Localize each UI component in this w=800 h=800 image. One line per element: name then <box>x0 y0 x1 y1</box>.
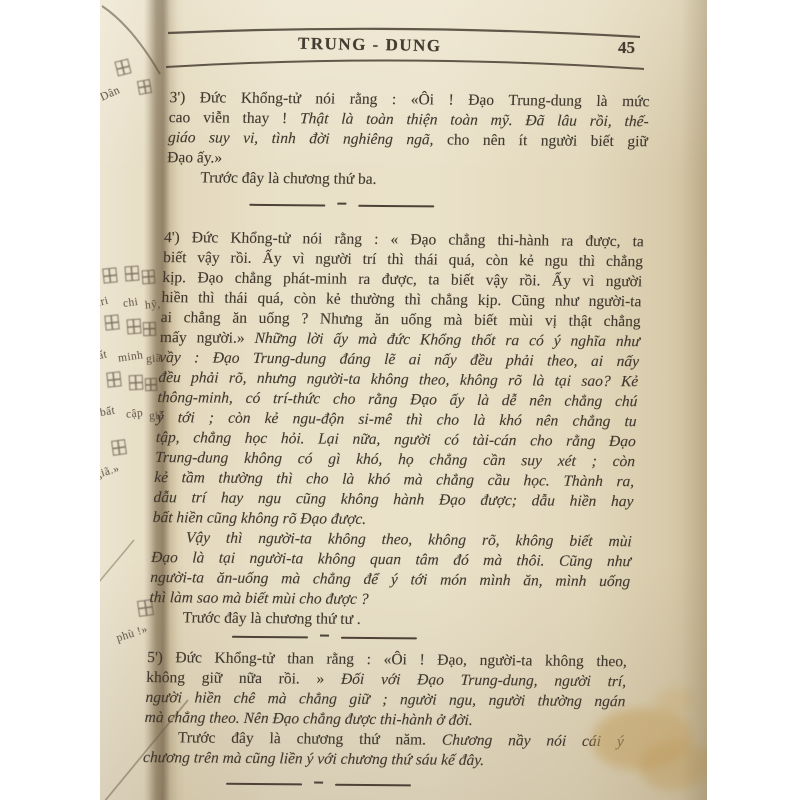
text-line: Trước đây là chương thứ ba. <box>166 168 647 192</box>
roman-text: biết vậy rồi. Ấy vì người trí thì thái q… <box>163 249 644 270</box>
section-divider <box>249 204 434 208</box>
italic-text: Đạo là tại người-ta không quan tâm đó mà… <box>151 549 632 570</box>
italic-text: Đối với Đạo Trung-dung, người trí, <box>341 671 627 690</box>
paper-stain <box>655 688 695 714</box>
italic-text: tập, chẳng học hỏi. Lại nữa, người có tà… <box>156 429 637 450</box>
roman-text: không giữ nữa rồi. » <box>146 669 341 688</box>
italic-text: mà chẳng theo. Nên Đạo chẳng được thi-hà… <box>144 709 473 729</box>
text-line: chương trên mà cũng liền ý với chương th… <box>143 748 624 772</box>
paragraph: 3') Đức Khổng-tử nói rằng : «Ôi ! Đạo Tr… <box>158 88 658 192</box>
section-divider <box>232 636 417 640</box>
cjk-character <box>129 375 144 391</box>
italic-text: kẻ tầm thường thì cho là khó mà chẳng cầ… <box>154 469 635 490</box>
roman-text: kịp. Đạo chẳng phát-minh ra được, ta biế… <box>162 269 643 290</box>
italic-text: vầy : Đạo Trung-dung đáng lẽ ai nấy đều … <box>159 349 640 370</box>
margin-label: cập <box>125 407 143 421</box>
italic-text: thông-minh, có trí-thức cho rằng Đạo ấy … <box>157 389 638 410</box>
book-photo-page: { "header": { "title": "TRUNG - DUNG", "… <box>0 0 800 800</box>
italic-text: chương trên mà cũng liền ý với chương th… <box>143 749 485 769</box>
paragraph: 5') Đức Khổng-tử than rằng : «Ôi ! Đạo, … <box>135 648 636 772</box>
roman-text: 4') Đức Khổng-tử nói rằng : « Đạo chẳng … <box>164 229 645 250</box>
divider-segment <box>335 784 411 787</box>
text-line: giáo suy vi, tình đời nghiêng ngã, cho n… <box>168 128 649 152</box>
cjk-character <box>114 59 131 77</box>
divider-segment <box>341 637 417 640</box>
margin-label: Dân <box>100 84 122 103</box>
italic-text: dẫu trí hay ngu cũng không hành Đạo được… <box>153 489 634 510</box>
italic-text: Vậy thì người-ta không theo, không rõ, k… <box>186 529 633 550</box>
page-edge-shadow <box>681 0 707 800</box>
divider-segment <box>226 783 302 786</box>
italic-text: bất hiền cũng không rõ Đạo được. <box>152 509 366 528</box>
divider-segment <box>249 204 325 207</box>
cjk-character <box>126 319 141 335</box>
cjk-character <box>124 266 139 282</box>
roman-text: cho nên ít người biết giữ <box>447 132 648 151</box>
paragraph: 4') Đức Khổng-tử nói rằng : « Đạo chẳng … <box>140 228 652 632</box>
italic-text: thì làm sao mà biết mùi cho được ? <box>149 589 369 608</box>
divider-segment <box>358 205 434 208</box>
italic-text: Những lời ấy mà đức Khổng thốt ra có ý n… <box>254 330 640 350</box>
page-body: 3') Đức Khổng-tử nói rằng : «Ôi ! Đạo Tr… <box>134 88 658 788</box>
cjk-character <box>111 439 127 456</box>
italic-text: giáo suy vi, tình đời nghiêng ngã, <box>168 129 448 148</box>
roman-text: 3') Đức Khổng-tử nói rằng : «Ôi ! Đạo Tr… <box>169 89 650 110</box>
text-line: Trước đây là chương thứ tư . <box>148 608 629 632</box>
margin-label: bất <box>100 349 108 364</box>
roman-text: Trước đây là chương thứ ba. <box>200 169 377 188</box>
cjk-character <box>102 267 117 283</box>
page-title: TRUNG - DUNG <box>298 34 442 57</box>
header-bottom-rule <box>166 60 644 69</box>
margin-label: minh <box>117 349 144 364</box>
margin-label: bất <box>100 405 116 419</box>
divider-dash <box>320 635 329 637</box>
roman-text: ai chẳng ăn uống ? Nhưng ăn uống mà biết… <box>160 309 641 330</box>
margin-label: giã.» <box>100 463 121 481</box>
cjk-character <box>104 314 119 330</box>
margin-label: tri <box>100 295 110 309</box>
italic-text: Thật là toàn thiện toàn mỹ. Đã lâu rồi, … <box>300 110 649 130</box>
divider-dash <box>314 782 323 784</box>
roman-text: hiền thì thái quá, còn kẻ thường thì chẳ… <box>161 289 642 310</box>
italic-text: Chương nầy nói cái ý <box>442 732 624 751</box>
section-divider <box>226 783 411 787</box>
italic-text: người-ta ăn-uống mà chẳng để ý tới món m… <box>150 569 631 590</box>
roman-text: Đạo ấy.» <box>167 149 223 166</box>
roman-text: 5') Đức Khổng-tử than rằng : «Ôi ! Đạo, … <box>147 649 628 670</box>
italic-text: ý tới ; còn kẻ ngu-độn si-mê thì cho là … <box>156 409 637 430</box>
italic-text: đều phải rõ, nhưng người-ta không theo, … <box>158 369 639 390</box>
roman-text: mấy người.» <box>160 329 255 347</box>
margin-label: chi <box>122 296 139 310</box>
roman-text: Trước đây là chương thứ tư . <box>182 609 361 628</box>
roman-text: cao viễn thay ! <box>168 109 300 127</box>
book-photo: Dântrichihỹ,bấtminhgiãbấtcậpgiãgiã.»phù … <box>100 0 707 800</box>
paper-stain <box>640 742 707 790</box>
page-number: 45 <box>618 38 635 58</box>
italic-text: người hiền chê mà chẳng giữ ; người ngu,… <box>145 689 626 710</box>
divider-segment <box>232 636 308 639</box>
cjk-character <box>106 371 121 387</box>
roman-text: Trước đây là chương thứ năm. <box>178 729 443 748</box>
italic-text: Trung-dung không có gì khó, họ chẳng cần… <box>155 449 636 470</box>
cjk-character <box>137 79 152 95</box>
divider-dash <box>337 203 346 205</box>
